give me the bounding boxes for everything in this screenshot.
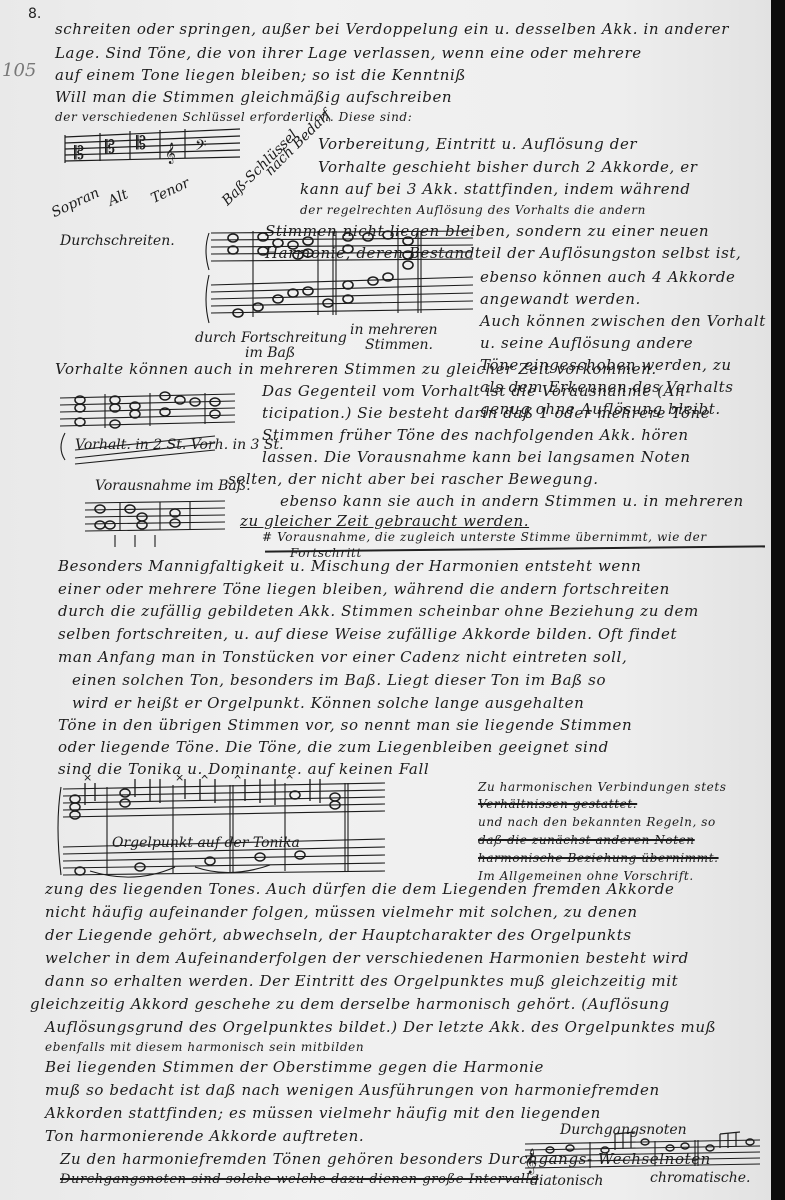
text-line: wird er heißt er Orgelpunkt. Können solc… (72, 694, 584, 712)
text-line: zu gleicher Zeit gebraucht werden. (240, 512, 529, 530)
text-line: lassen. Die Vorausnahme kann bei langsam… (262, 448, 691, 466)
text-line: der verschiedenen Schlüssel erforderlich… (55, 110, 412, 124)
text-line: Verhältnissen gestattet. (478, 797, 637, 811)
svg-text:𝄡: 𝄡 (105, 137, 115, 158)
text-line: einer oder mehrere Töne liegen bleiben, … (58, 580, 670, 598)
text-line: selben fortschreiten, u. auf diese Weise… (58, 625, 677, 643)
svg-text:×: × (200, 775, 209, 782)
text-line: der regelrechten Auflösung des Vorhalts … (300, 203, 646, 217)
caption-im-bass: im Baß (245, 345, 295, 361)
text-line: daß die zunächst anderen Noten (478, 833, 695, 847)
svg-text:𝄞: 𝄞 (165, 143, 176, 164)
label-alt: Alt (106, 186, 131, 209)
text-line: Lage. Sind Töne, die von ihrer Lage verl… (55, 44, 642, 62)
text-line: selten, der nicht aber bei rascher Beweg… (228, 470, 599, 488)
vorhalt-example-staff (55, 388, 240, 468)
text-line: angewandt werden. (480, 290, 641, 308)
label-sopran: Sopran (49, 185, 102, 221)
text-line: ebenso kann sie auch in andern Stimmen u… (280, 492, 744, 510)
label-diatonisch: diatonisch (530, 1173, 603, 1189)
text-line: ebenfalls mit diesem harmonisch sein mit… (45, 1040, 364, 1054)
durchschreiten-example-staff (203, 225, 483, 330)
text-line: gleichzeitig Akkord geschehe zu dem ders… (30, 995, 670, 1013)
caption-vorhalt: Vorhalt. in 2 St. Vorh. in 3 St. (75, 437, 284, 453)
margin-folio-number: 105 (2, 60, 36, 81)
text-line: Vorhalte geschieht bisher durch 2 Akkord… (318, 158, 698, 176)
text-line: Durchgangsnoten sind solche welche dazu … (60, 1172, 539, 1187)
text-line: Vorbereitung, Eintritt u. Auflösung der (318, 135, 637, 153)
text-line: Ton harmonierende Akkorde auftreten. (45, 1127, 364, 1145)
svg-text:𝄡: 𝄡 (136, 133, 146, 154)
text-line: Auflösungsgrund des Orgelpunktes bildet.… (45, 1018, 716, 1036)
caption-stimmen: Stimmen. (365, 337, 433, 353)
text-line: auf einem Tone liegen bleiben; so ist di… (55, 66, 466, 84)
label-orgelpunkt: Orgelpunkt auf der Tonika (112, 835, 300, 851)
svg-text:𝄢: 𝄢 (195, 137, 207, 158)
text-line: einen solchen Ton, besonders im Baß. Lie… (72, 671, 606, 689)
orgelpunkt-example-staff: ××× ×× (55, 775, 400, 885)
text-line: durch die zufällig gebildeten Akk. Stimm… (58, 602, 699, 620)
caption-durch-fortschreitung: durch Fortschreitung (195, 330, 347, 346)
page-number: 8. (28, 6, 41, 22)
text-line: und nach den bekannten Regeln, so (478, 815, 716, 829)
text-line: Besonders Mannigfaltigkeit u. Mischung d… (58, 557, 641, 575)
scan-dark-edge (771, 0, 785, 1200)
text-line: man Anfang man in Tonstücken vor einer C… (58, 648, 627, 666)
text-line: Zu harmonischen Verbindungen stets (478, 780, 727, 794)
text-line: dann so erhalten werden. Der Eintritt de… (45, 972, 678, 990)
text-line: ebenso können auch 4 Akkorde (480, 268, 736, 286)
vorausnahme-example-staff (80, 495, 230, 550)
text-line: Töne in den übrigen Stimmen vor, so nenn… (58, 716, 632, 734)
text-line: oder liegende Töne. Die Töne, die zum Li… (58, 738, 609, 756)
svg-text:×: × (285, 775, 294, 782)
text-line: Vorhalte können auch in mehreren Stimmen… (55, 360, 657, 378)
text-line: Auch können zwischen den Vorhalt (480, 312, 766, 330)
text-line: kann auf bei 3 Akk. stattfinden, indem w… (300, 180, 691, 198)
caption-vorausnahme-bass: Vorausnahme im Baß. (95, 478, 251, 494)
text-line: Das Gegenteil vom Vorhalt ist die Voraus… (262, 382, 691, 400)
label-durchschreiten: Durchschreiten. (60, 233, 175, 249)
clef-example-staff: 𝄡𝄡𝄡 𝄞𝄢 (60, 125, 250, 185)
text-line: nicht häufig aufeinander folgen, müssen … (45, 903, 638, 921)
text-line: Akkorden stattfinden; es müssen vielmehr… (45, 1104, 601, 1122)
manuscript-page: 8. 105 schreiten oder springen, außer be… (0, 0, 773, 1200)
text-line: schreiten oder springen, außer bei Verdo… (55, 20, 729, 38)
text-line: ticipation.) Sie besteht darin daß 1 ode… (262, 404, 710, 422)
svg-text:𝄡: 𝄡 (74, 143, 84, 164)
text-line: u. seine Auflösung andere (480, 334, 693, 352)
text-line: # Vorausnahme, die zugleich unterste Sti… (262, 530, 707, 544)
svg-text:×: × (83, 775, 92, 784)
text-line: Bei liegenden Stimmen der Oberstimme geg… (45, 1058, 544, 1076)
text-line: Will man die Stimmen gleichmäßig aufschr… (55, 88, 452, 106)
caption-in-mehreren: in mehreren (350, 322, 438, 338)
text-line: zung des liegenden Tones. Auch dürfen di… (45, 880, 675, 898)
text-line: welcher in dem Aufeinanderfolgen der ver… (45, 949, 689, 967)
label-chromatisch: chromatische. (650, 1170, 750, 1186)
text-line: muß so bedacht ist daß nach wenigen Ausf… (45, 1081, 660, 1099)
text-line: harmonische Beziehung übernimmt. (478, 851, 719, 865)
svg-text:×: × (233, 775, 242, 782)
text-line: der Liegende gehört, abwechseln, der Hau… (45, 926, 632, 944)
svg-text:×: × (175, 775, 184, 784)
text-line: Stimmen früher Töne des nachfolgenden Ak… (262, 426, 689, 444)
label-durchgangsnoten: Durchgangsnoten (560, 1122, 687, 1138)
svg-text:𝄞: 𝄞 (524, 1148, 537, 1174)
